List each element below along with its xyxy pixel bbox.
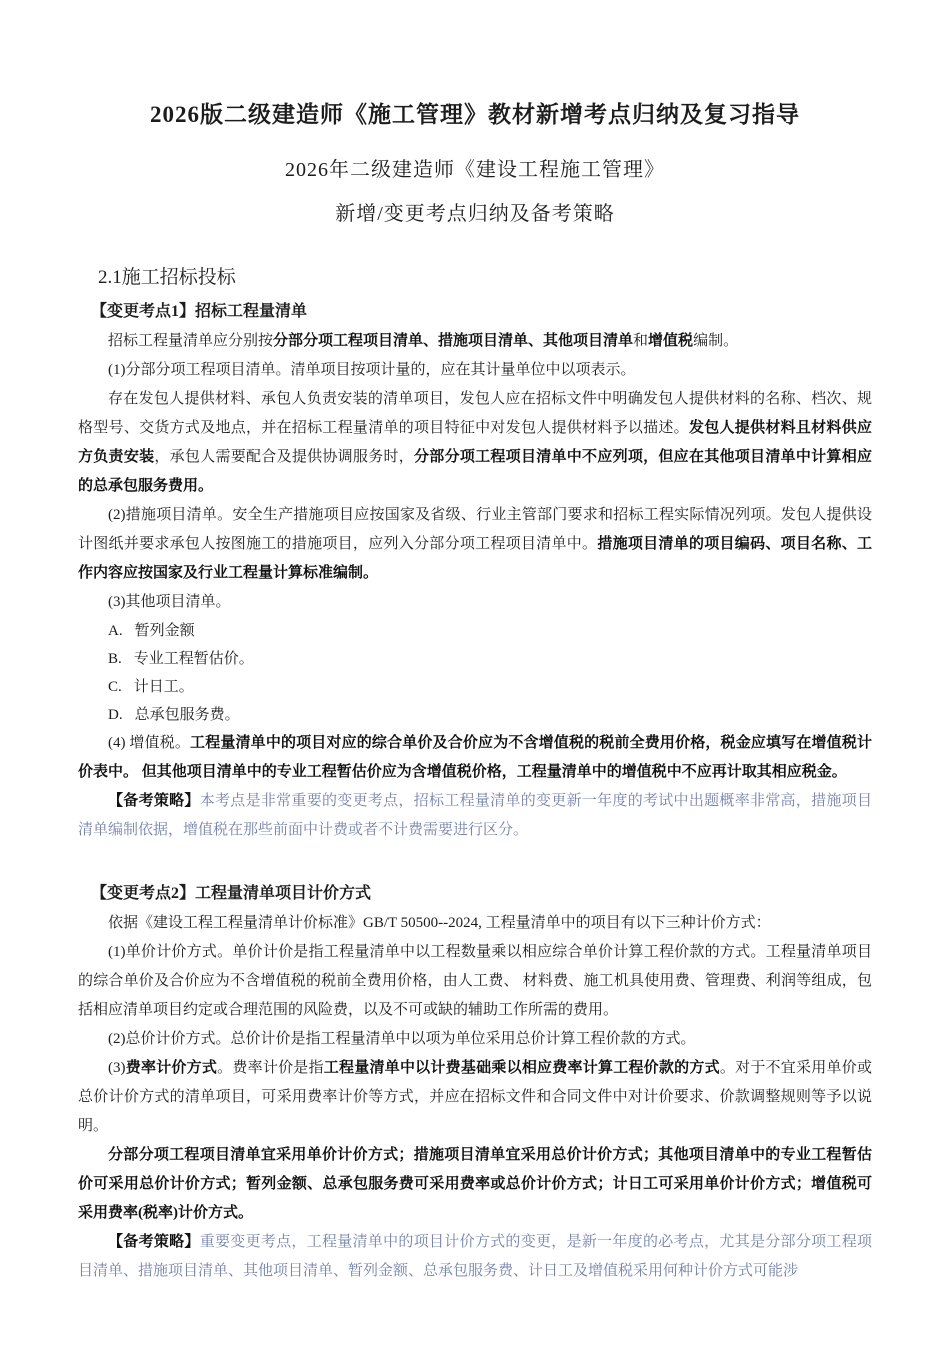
text-run: 分部分项工程项目清单宜采用单价计价方式；措施项目清单宜采用总价计价方式；其他项目… xyxy=(78,1147,872,1221)
list-item: B.专业工程暂估价。 xyxy=(78,645,872,673)
text-run: 依据《建设工程工程量清单计价标准》GB/T 50500--2024, 工程量清单… xyxy=(108,915,771,931)
paragraph: 【备考策略】重要变更考点，工程量清单中的项目计价方式的变更，是新一年度的必考点，… xyxy=(78,1228,872,1286)
section-heading: 2.1施工招标投标 xyxy=(78,264,872,291)
text-run: 【变更考点2】工程量清单项目计价方式 xyxy=(91,885,371,902)
text-run: 。费率计价是指 xyxy=(217,1060,324,1076)
paragraph: (3)费率计价方式。费率计价是指工程量清单中以计费基础乘以相应费率计算工程价款的… xyxy=(78,1054,872,1141)
document-subtitle: 2026年二级建造师《建设工程施工管理》 xyxy=(78,156,872,184)
text-run: 2.1施工招标投标 xyxy=(98,267,236,288)
text-run: 暂列金额 xyxy=(135,623,195,639)
text-run: 工程量清单中的项目对应的综合单价及合价应为不含增值税的税前全费用价格，税金应填写… xyxy=(78,735,872,780)
paragraph: 存在发包人提供材料、承包人负责安装的清单项目，发包人应在招标文件中明确发包人提供… xyxy=(78,385,872,501)
text-run: 和 xyxy=(633,333,648,349)
text-run: 【备考策略】 xyxy=(108,1234,200,1250)
text-run: A. xyxy=(108,623,123,639)
paragraph: (4) 增值税。工程量清单中的项目对应的综合单价及合价应为不含增值税的税前全费用… xyxy=(78,729,872,787)
text-run: 招标工程量清单应分别按 xyxy=(108,333,273,349)
document-subtitle-2: 新增/变更考点归纳及备考策略 xyxy=(78,200,872,228)
paragraph: 分部分项工程项目清单宜采用单价计价方式；措施项目清单宜采用总价计价方式；其他项目… xyxy=(78,1141,872,1228)
text-run: (2)总价计价方式。总价计价是指工程量清单中以项为单位采用总价计算工程价款的方式… xyxy=(108,1031,696,1047)
text-run: 【备考策略】 xyxy=(108,793,200,809)
paragraph-spacer xyxy=(78,845,872,881)
text-run: 总承包服务费。 xyxy=(135,707,240,723)
text-run: ，承包人需要配合及提供协调服务时， xyxy=(154,449,414,465)
text-run: 增值税 xyxy=(648,333,693,349)
paragraph: (2)措施项目清单。安全生产措施项目应按国家及省级、行业主管部门要求和招标工程实… xyxy=(78,501,872,588)
list-item: C.计日工。 xyxy=(78,673,872,701)
list-item: D.总承包服务费。 xyxy=(78,701,872,729)
text-run: (4) 增值税。 xyxy=(108,735,190,751)
text-run: 计日工。 xyxy=(134,679,194,695)
text-run: (1)分部分项工程项目清单。清单项目按项计量的，应在其计量单位中以项表示。 xyxy=(108,362,636,378)
paragraph: 【备考策略】本考点是非常重要的变更考点，招标工程量清单的变更新一年度的考试中出题… xyxy=(78,787,872,845)
text-run: 编制。 xyxy=(693,333,738,349)
list-item: A.暂列金额 xyxy=(78,617,872,645)
text-run: D. xyxy=(108,707,123,723)
text-run: B. xyxy=(108,651,122,667)
topic-subheading: 【变更考点1】招标工程量清单 xyxy=(78,299,872,325)
text-run: 分部分项工程项目清单、措施项目清单、其他项目清单 xyxy=(273,333,633,349)
topic-subheading: 【变更考点2】工程量清单项目计价方式 xyxy=(78,881,872,907)
text-run: 专业工程暂估价。 xyxy=(134,651,254,667)
text-run: 费率计价方式 xyxy=(126,1060,218,1076)
paragraph: (3)其他项目清单。 xyxy=(78,588,872,617)
paragraph: (2)总价计价方式。总价计价是指工程量清单中以项为单位采用总价计算工程价款的方式… xyxy=(78,1025,872,1054)
paragraph: 依据《建设工程工程量清单计价标准》GB/T 50500--2024, 工程量清单… xyxy=(78,909,872,938)
paragraph: 招标工程量清单应分别按分部分项工程项目清单、措施项目清单、其他项目清单和增值税编… xyxy=(78,327,872,356)
text-run: (1)单价计价方式。单价计价是指工程量清单中以工程数量乘以相应综合单价计算工程价… xyxy=(78,944,872,1018)
text-run: C. xyxy=(108,679,122,695)
document-body: 2.1施工招标投标【变更考点1】招标工程量清单招标工程量清单应分别按分部分项工程… xyxy=(78,264,872,1286)
text-run: (3) xyxy=(108,1060,126,1076)
paragraph: (1)单价计价方式。单价计价是指工程量清单中以工程数量乘以相应综合单价计算工程价… xyxy=(78,938,872,1025)
document-title: 2026版二级建造师《施工管理》教材新增考点归纳及复习指导 xyxy=(78,100,872,130)
document-page: 2026版二级建造师《施工管理》教材新增考点归纳及复习指导 2026年二级建造师… xyxy=(0,0,950,1345)
paragraph: (1)分部分项工程项目清单。清单项目按项计量的，应在其计量单位中以项表示。 xyxy=(78,356,872,385)
text-run: 工程量清单中以计费基础乘以相应费率计算工程价款的方式 xyxy=(324,1060,720,1076)
text-run: 【变更考点1】招标工程量清单 xyxy=(91,303,307,320)
text-run: (3)其他项目清单。 xyxy=(108,594,231,610)
